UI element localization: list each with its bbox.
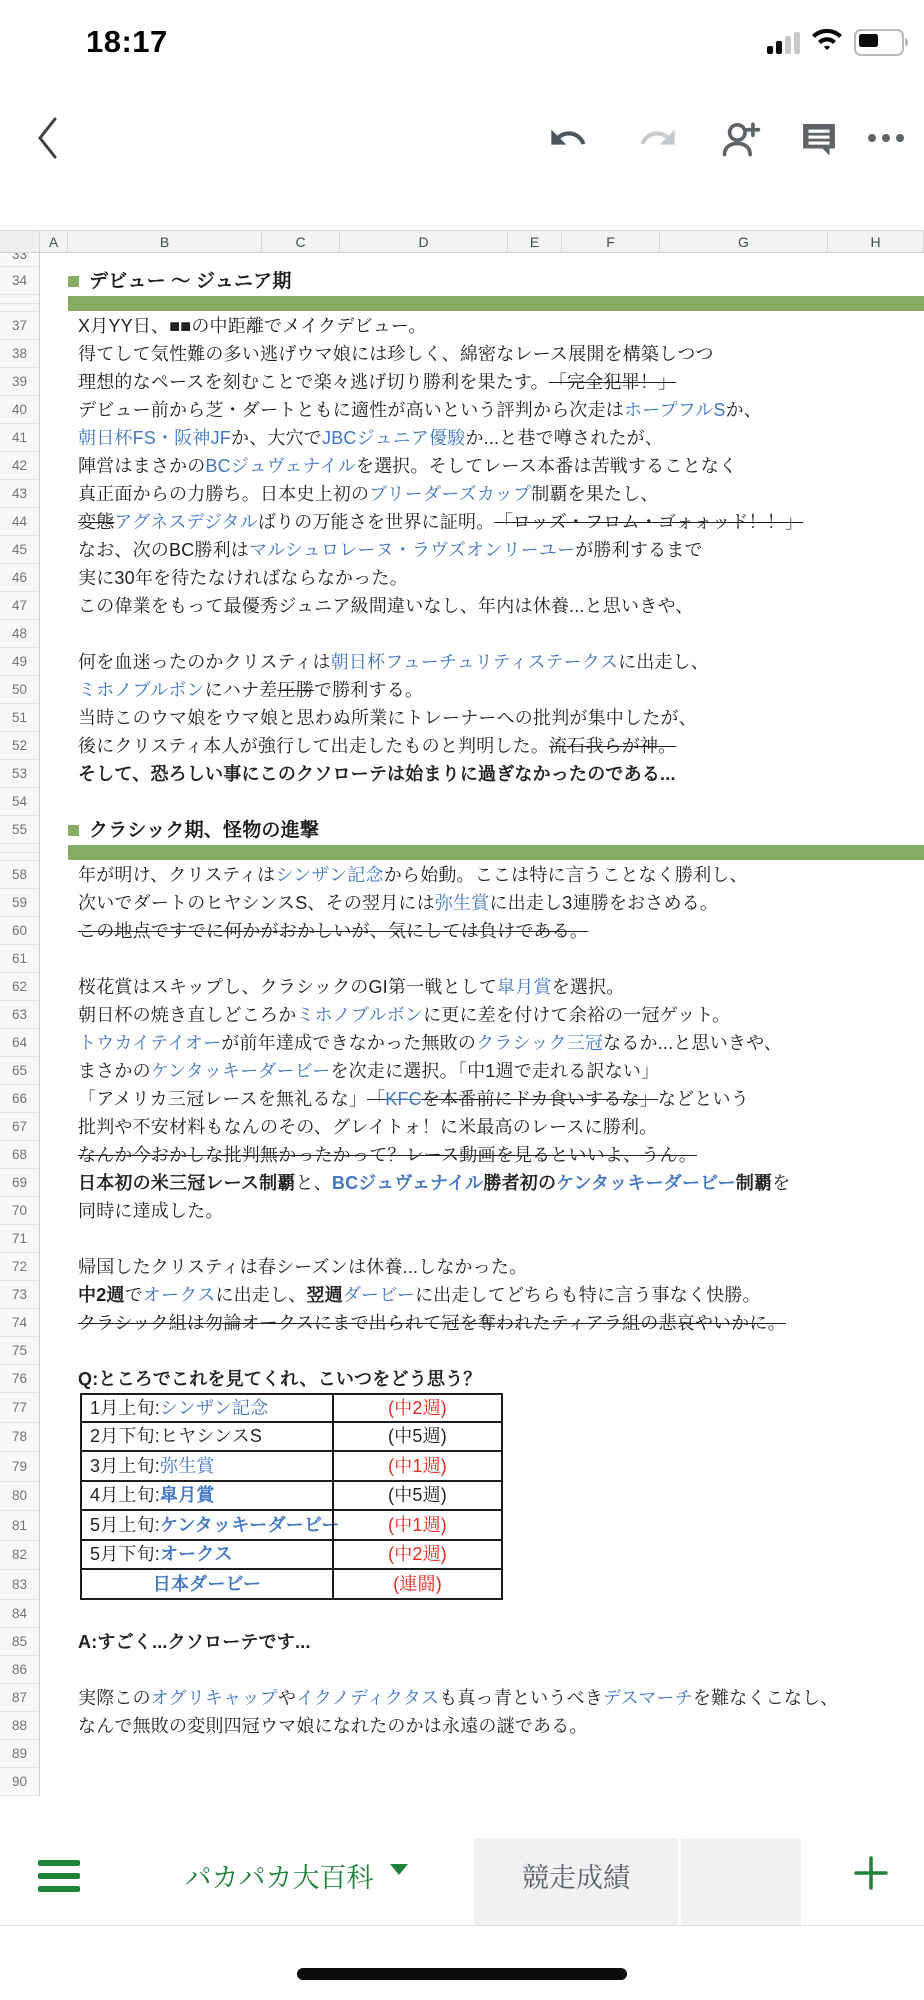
row-number[interactable]: 69 xyxy=(0,1169,40,1197)
cell-text: 得てして気性難の多い逃げウマ娘には珍しく、綿密なレース展開を構築しつつ xyxy=(78,345,714,363)
row-content[interactable]: 実に30年を待たなければならなかった。 xyxy=(40,564,924,592)
table-cell[interactable]: (中1週) xyxy=(332,1452,503,1482)
sheet-row: 771月上旬:シンザン記念(中2週) xyxy=(0,1393,924,1423)
cell-text: 1月上旬: xyxy=(90,1399,160,1417)
link-text[interactable]: イクノディクタス xyxy=(296,1689,439,1707)
link-text[interactable]: クラシック三冠 xyxy=(476,1034,603,1052)
column-header[interactable]: F xyxy=(562,231,660,252)
row-content[interactable]: X月YY日、■■の中距離でメイクデビュー。 xyxy=(40,312,924,340)
sheet-row: 71 xyxy=(0,1225,924,1253)
sheet-row: 33 xyxy=(0,253,924,267)
cell-text: 5月上旬: xyxy=(90,1516,160,1534)
row-number[interactable]: 79 xyxy=(0,1452,40,1482)
row-content[interactable]: 朝日杯の焼き直しどころかミホノブルボンに更に差を付けて余裕の一冠ゲット。 xyxy=(40,1001,924,1029)
cell-text: クラシック組は勿論オークスにまで出られて冠を奪われたティアラ組の悲哀やいかに。 xyxy=(78,1314,786,1332)
cell-text: 後にクリスティ本人が強行して出走したものと判明した。 xyxy=(78,737,549,755)
row-number[interactable]: 90 xyxy=(0,1768,40,1796)
row-content[interactable]: Q:ところでこれを見てくれ、こいつをどう思う？ xyxy=(40,1365,924,1393)
table-cell[interactable]: (中2週) xyxy=(332,1393,503,1423)
row-content[interactable] xyxy=(40,1768,924,1796)
cell-text: 当時このウマ娘をウマ娘と思わぬ所業にトレーナーへの批判が集中したが、 xyxy=(78,709,697,727)
column-header[interactable]: A xyxy=(40,231,68,252)
row-number[interactable]: 38 xyxy=(0,340,40,368)
row-content[interactable]: 真正面からの力勝ち。日本史上初のブリーダーズカップ制覇を果たし、 xyxy=(40,480,924,508)
sheet-row xyxy=(0,844,924,861)
sheet-row: 42陣営はまさかのBCジュヴェナイルを選択。そしてレース本番は苦戦することなく xyxy=(0,452,924,480)
sheet-row: 64トウカイテイオーが前年達成できなかった無敗のクラシック三冠なるか...と思い… xyxy=(0,1029,924,1057)
row-number[interactable]: 34 xyxy=(0,267,40,295)
cell-text: (中5週) xyxy=(388,1427,447,1445)
cell-text: 理想的なペースを刻むことで楽々逃げ切り勝利を果たす。 xyxy=(78,373,549,391)
link-text[interactable]: 朝日杯FS・阪神JF xyxy=(78,429,231,447)
back-chevron-icon[interactable] xyxy=(34,115,60,161)
row-number[interactable]: 66 xyxy=(0,1085,40,1113)
cell-text: 「 xyxy=(367,1090,385,1108)
sheet-row: 84 xyxy=(0,1600,924,1628)
link-text[interactable]: ケンタッキーダービー xyxy=(160,1516,340,1534)
link-text[interactable]: 弥生賞 xyxy=(160,1457,215,1475)
row-number[interactable]: 73 xyxy=(0,1281,40,1309)
cell-text: を次走に選択。「中1週で走れる訳ない」 xyxy=(330,1062,659,1080)
link-text[interactable]: ダービー xyxy=(343,1286,415,1304)
sheet-tab-label: パカパカ大百科 xyxy=(185,1856,374,1895)
link-text[interactable]: オグリキャップ xyxy=(151,1689,278,1707)
sheet-tab-inactive[interactable]: 競走成績 xyxy=(474,1838,678,1925)
sheet-row: 89 xyxy=(0,1740,924,1768)
row-content[interactable]: なんで無敗の変則四冠ウマ娘になれたのかは永遠の謎である。 xyxy=(40,1712,924,1740)
link-text[interactable]: ケンタッキーダービー xyxy=(556,1174,736,1192)
cell-text: に出走し、 xyxy=(215,1286,306,1304)
row-content[interactable]: 中2週でオークスに出走し、翌週ダービーに出走してどちらも特に言う事なく快勝。 xyxy=(40,1281,924,1309)
cell-text: (連闘) xyxy=(393,1575,442,1593)
row-content[interactable]: 次いでダートのヒヤシンスS、その翌月には弥生賞に出走し3連勝をおさめる。 xyxy=(40,889,924,917)
table-cell[interactable]: (中5週) xyxy=(332,1482,503,1512)
row-content[interactable]: この地点ですでに何かがおかしいが、気にしては負けである。 xyxy=(40,917,924,945)
cell-text: か、 xyxy=(726,401,762,419)
column-header[interactable]: D xyxy=(340,231,508,252)
link-text[interactable]: 日本ダービー xyxy=(153,1575,261,1593)
select-all-corner[interactable] xyxy=(0,231,40,252)
link-text[interactable]: オークス xyxy=(143,1286,216,1304)
cell-text: A:すごく...クソローテです... xyxy=(78,1633,311,1651)
row-content[interactable]: 日本ダービー(連闘) xyxy=(40,1570,924,1600)
row-number[interactable]: 47 xyxy=(0,592,40,620)
table-cell[interactable]: 1月上旬:シンザン記念 xyxy=(80,1393,332,1423)
cell-text: 翌週 xyxy=(306,1286,342,1304)
row-content[interactable]: 5月上旬:ケンタッキーダービー(中1週) xyxy=(40,1511,924,1541)
row-number[interactable]: 48 xyxy=(0,620,40,648)
cell-text: そして、恐ろしい事にこのクソローテは始まりに過ぎなかったのである... xyxy=(78,765,676,783)
sheet-row: 75 xyxy=(0,1337,924,1365)
table-cell[interactable]: 5月上旬:ケンタッキーダービー xyxy=(80,1511,332,1541)
row-number[interactable] xyxy=(0,295,40,312)
sheet-row: 69日本初の米三冠レース制覇と、BCジュヴェナイル勝者初のケンタッキーダービー制… xyxy=(0,1169,924,1197)
link-text[interactable]: ケンタッキーダービー xyxy=(151,1062,331,1080)
row-number[interactable]: 87 xyxy=(0,1684,40,1712)
row-number[interactable]: 33 xyxy=(0,253,40,267)
row-number[interactable]: 65 xyxy=(0,1057,40,1085)
section-divider-bar xyxy=(68,845,924,860)
cell-text: と、 xyxy=(296,1174,332,1192)
row-number[interactable]: 39 xyxy=(0,368,40,396)
row-content[interactable] xyxy=(40,788,924,816)
row-number[interactable] xyxy=(0,844,40,861)
sheet-row: 68なんか今おかしな批判無かったかって？レース動画を見るといいよ、うん。 xyxy=(0,1141,924,1169)
cell-text: 流石我らが神。 xyxy=(549,737,676,755)
cell-text: で xyxy=(125,1286,143,1304)
cell-text: 陣営はまさかの xyxy=(78,457,205,475)
row-number[interactable]: 42 xyxy=(0,452,40,480)
row-content[interactable]: 日本初の米三冠レース制覇と、BCジュヴェナイル勝者初のケンタッキーダービー制覇を xyxy=(40,1169,924,1197)
row-number[interactable]: 49 xyxy=(0,648,40,676)
link-text[interactable]: デスマーチ xyxy=(603,1689,693,1707)
sheet-row: 61 xyxy=(0,945,924,973)
table-cell[interactable]: (中1週) xyxy=(332,1511,503,1541)
link-text[interactable]: マルシュロレーヌ・ラヴズオンリーユー xyxy=(249,541,575,559)
row-content[interactable]: 2月下旬:ヒヤシンスS(中5週) xyxy=(40,1423,924,1453)
cell-text: なるか...と思いきや、 xyxy=(603,1034,782,1052)
cell-text: 3月上旬: xyxy=(90,1457,160,1475)
comment-icon[interactable] xyxy=(798,117,840,159)
redo-icon[interactable] xyxy=(638,118,678,158)
row-content[interactable]: クラシック期、怪物の進撃 xyxy=(40,816,924,844)
sheet-row: 52後にクリスティ本人が強行して出走したものと判明した。流石我らが神。 xyxy=(0,732,924,760)
sheet-row: 74クラシック組は勿論オークスにまで出られて冠を奪われたティアラ組の悲哀やいかに… xyxy=(0,1309,924,1337)
row-content[interactable]: 桜花賞はスキップし、クラシックのGI第一戦として皐月賞を選択。 xyxy=(40,973,924,1001)
sheet-row: 60この地点ですでに何かがおかしいが、気にしては負けである。 xyxy=(0,917,924,945)
cell-text: が前年達成できなかった無敗の xyxy=(221,1034,476,1052)
row-content[interactable] xyxy=(40,1337,924,1365)
cell-text: 4月上旬: xyxy=(90,1486,160,1504)
row-number[interactable]: 50 xyxy=(0,676,40,704)
row-content[interactable] xyxy=(40,295,924,312)
section-title: デビュー ～ ジュニア期 xyxy=(89,272,292,291)
row-content[interactable] xyxy=(40,1740,924,1768)
cell-text: 圧勝 xyxy=(278,681,314,699)
row-number[interactable]: 71 xyxy=(0,1225,40,1253)
table-cell[interactable]: 2月下旬:ヒヤシンスS xyxy=(80,1423,332,1453)
cell-text: まさかの xyxy=(78,1062,151,1080)
sheet-row: 47この偉業をもって最優秀ジュニア級間違いなし、年内は休養...と思いきや、 xyxy=(0,592,924,620)
sheet-tab-label: 競走成績 xyxy=(522,1856,630,1895)
sheet-row: 53そして、恐ろしい事にこのクソローテは始まりに過ぎなかったのである... xyxy=(0,760,924,788)
link-text[interactable]: 皐月賞 xyxy=(497,978,552,996)
cell-text: 中2週 xyxy=(78,1286,125,1304)
row-content[interactable]: 朝日杯FS・阪神JFか、大穴でJBCジュニア優駿か...と巷で噂されたが、 xyxy=(40,424,924,452)
row-content[interactable]: A:すごく...クソローテです... xyxy=(40,1628,924,1656)
cell-text: 朝日杯の焼き直しどころか xyxy=(78,1006,296,1024)
undo-icon[interactable] xyxy=(548,118,588,158)
section-bullet-square xyxy=(68,825,79,836)
row-number[interactable]: 89 xyxy=(0,1740,40,1768)
sheet-row: 63朝日杯の焼き直しどころかミホノブルボンに更に差を付けて余裕の一冠ゲット。 xyxy=(0,1001,924,1029)
battery-icon xyxy=(854,29,904,56)
cell-text: 年が明け、クリスティは xyxy=(78,866,275,884)
row-number[interactable]: 67 xyxy=(0,1113,40,1141)
home-indicator xyxy=(297,1968,627,1980)
cell-text: を選択。そしてレース本番は苦戦することなく xyxy=(356,457,737,475)
row-content[interactable]: この偉業をもって最優秀ジュニア級間違いなし、年内は休養...と思いきや、 xyxy=(40,592,924,620)
row-content[interactable]: 何を血迷ったのかクリスティは朝日杯フューチュリティステークスに出走し、 xyxy=(40,648,924,676)
sheet-row: 72帰国したクリスティは春シーズンは休養...しなかった。 xyxy=(0,1253,924,1281)
cell-text: などという xyxy=(658,1090,749,1108)
cell-text: にハナ差 xyxy=(205,681,278,699)
row-number[interactable]: 75 xyxy=(0,1337,40,1365)
row-number[interactable]: 74 xyxy=(0,1309,40,1337)
row-content[interactable] xyxy=(40,945,924,973)
row-content[interactable]: そして、恐ろしい事にこのクソローテは始まりに過ぎなかったのである... xyxy=(40,760,924,788)
row-number[interactable]: 55 xyxy=(0,816,40,844)
sheet-row: 73中2週でオークスに出走し、翌週ダービーに出走してどちらも特に言う事なく快勝。 xyxy=(0,1281,924,1309)
sheet-row: 88なんで無敗の変則四冠ウマ娘になれたのかは永遠の謎である。 xyxy=(0,1712,924,1740)
chevron-down-icon xyxy=(390,1864,408,1875)
row-content[interactable] xyxy=(40,844,924,861)
link-text[interactable]: 皐月賞 xyxy=(160,1486,215,1504)
row-number[interactable]: 41 xyxy=(0,424,40,452)
sheet-tab-blank[interactable] xyxy=(681,1838,801,1925)
sheet-row: 87実際このオグリキャップやイクノディクタスも真っ青というべきデスマーチを難なく… xyxy=(0,1684,924,1712)
row-content[interactable] xyxy=(40,620,924,648)
cell-text: なんか今おかしな批判無かったかって？レース動画を見るといいよ、うん。 xyxy=(78,1146,697,1164)
row-number[interactable]: 62 xyxy=(0,973,40,1001)
tab-spacer xyxy=(801,1838,818,1925)
table-cell[interactable]: 5月下旬:オークス xyxy=(80,1541,332,1571)
row-number[interactable]: 76 xyxy=(0,1365,40,1393)
row-number[interactable]: 72 xyxy=(0,1253,40,1281)
sheet-row: 782月下旬:ヒヤシンスS(中5週) xyxy=(0,1423,924,1453)
row-number[interactable]: 63 xyxy=(0,1001,40,1029)
link-text[interactable]: JBCジュニア優駿 xyxy=(322,429,465,447)
link-text[interactable]: KFC xyxy=(385,1090,422,1108)
link-text[interactable]: ホープフルS xyxy=(624,401,726,419)
sheet-row: 90 xyxy=(0,1768,924,1796)
table-cell[interactable]: 日本ダービー xyxy=(80,1570,332,1600)
row-number[interactable]: 82 xyxy=(0,1541,40,1571)
wifi-icon xyxy=(812,28,842,57)
cell-text: 実際この xyxy=(78,1689,151,1707)
sheet-row: 55クラシック期、怪物の進撃 xyxy=(0,816,924,844)
link-text[interactable]: 弥生賞 xyxy=(435,894,490,912)
row-number[interactable]: 60 xyxy=(0,917,40,945)
cell-text: に出走し、 xyxy=(618,653,709,671)
link-text[interactable]: ミホノブルボン xyxy=(296,1006,423,1024)
cell-text: 帰国したクリスティは春シーズンは休養...しなかった。 xyxy=(78,1258,527,1276)
add-sheet-button[interactable] xyxy=(818,1838,924,1925)
row-number[interactable]: 44 xyxy=(0,508,40,536)
section-title: クラシック期、怪物の進撃 xyxy=(89,821,319,840)
row-content[interactable]: 「アメリカ三冠レースを無礼るな」「KFCを本番前にドカ食いするな」などという xyxy=(40,1085,924,1113)
row-number[interactable]: 83 xyxy=(0,1570,40,1600)
link-text[interactable]: トウカイテイオー xyxy=(78,1034,221,1052)
row-number[interactable]: 77 xyxy=(0,1393,40,1423)
row-content[interactable]: 4月上旬:皐月賞(中5週) xyxy=(40,1482,924,1512)
row-number[interactable]: 68 xyxy=(0,1141,40,1169)
sheet-row: 58年が明け、クリスティはシンザン記念から始動。ここは特に言うことなく勝利し、 xyxy=(0,861,924,889)
cell-text: を xyxy=(772,1174,790,1192)
row-content[interactable]: 5月下旬:オークス(中2週) xyxy=(40,1541,924,1571)
sheet-row: 49何を血迷ったのかクリスティは朝日杯フューチュリティステークスに出走し、 xyxy=(0,648,924,676)
cell-text: 日本初の米三冠レース制覇 xyxy=(78,1174,296,1192)
cell-text: か、大穴で xyxy=(231,429,322,447)
cell-text: なんで無敗の変則四冠ウマ娘になれたのかは永遠の謎である。 xyxy=(78,1717,588,1735)
cell-text: が勝利するまで xyxy=(575,541,702,559)
sheet-row: 45なお、次のBC勝利はマルシュロレーヌ・ラヴズオンリーユーが勝利するまで xyxy=(0,536,924,564)
row-number[interactable]: 46 xyxy=(0,564,40,592)
row-content[interactable] xyxy=(40,253,924,267)
sheet-row: 50ミホノブルボンにハナ差圧勝で勝利する。 xyxy=(0,676,924,704)
cell-text: この偉業をもって最優秀ジュニア級間違いなし、年内は休養...と思いきや、 xyxy=(78,597,693,615)
table-cell[interactable]: (中5週) xyxy=(332,1423,503,1453)
sheet-row: 54 xyxy=(0,788,924,816)
row-content[interactable]: 年が明け、クリスティはシンザン記念から始動。ここは特に言うことなく勝利し、 xyxy=(40,861,924,889)
link-text[interactable]: ブリーダーズカップ xyxy=(369,485,531,503)
sheet-row: 40デビュー前から芝・ダートともに適性が高いという評判から次走はホープフルSか、 xyxy=(0,396,924,424)
row-content[interactable]: デビュー ～ ジュニア期 xyxy=(40,267,924,295)
cell-text: 勝者初の xyxy=(483,1174,556,1192)
sheet-row: 85A:すごく...クソローテです... xyxy=(0,1628,924,1656)
row-content[interactable]: トウカイテイオーが前年達成できなかった無敗のクラシック三冠なるか...と思いきや… xyxy=(40,1029,924,1057)
row-content[interactable]: 得てして気性難の多い逃げウマ娘には珍しく、綿密なレース展開を構築しつつ xyxy=(40,340,924,368)
row-number[interactable]: 59 xyxy=(0,889,40,917)
table-cell[interactable]: (連闘) xyxy=(332,1570,503,1600)
column-header[interactable]: H xyxy=(828,231,924,252)
link-text[interactable]: オークス xyxy=(160,1545,233,1563)
row-number[interactable]: 52 xyxy=(0,732,40,760)
link-text[interactable]: 朝日杯フューチュリティステークス xyxy=(331,653,618,671)
row-content[interactable] xyxy=(40,1600,924,1628)
row-number[interactable]: 37 xyxy=(0,312,40,340)
column-header[interactable]: E xyxy=(508,231,562,252)
cell-text: を選択。 xyxy=(552,978,625,996)
sheet-row xyxy=(0,295,924,312)
cell-text: に出走し3連勝をおさめる。 xyxy=(489,894,718,912)
section-divider-bar xyxy=(68,296,924,311)
row-number[interactable]: 88 xyxy=(0,1712,40,1740)
status-time: 18:17 xyxy=(86,24,168,60)
row-content[interactable]: まさかのケンタッキーダービーを次走に選択。「中1週で走れる訳ない」 xyxy=(40,1057,924,1085)
table-cell[interactable]: (中2週) xyxy=(332,1541,503,1571)
sheet-row: 43真正面からの力勝ち。日本史上初のブリーダーズカップ制覇を果たし、 xyxy=(0,480,924,508)
cell-text: (中1週) xyxy=(388,1516,447,1534)
row-number[interactable]: 85 xyxy=(0,1628,40,1656)
sheet-row: 86 xyxy=(0,1656,924,1684)
row-content[interactable]: ミホノブルボンにハナ差圧勝で勝利する。 xyxy=(40,676,924,704)
row-content[interactable]: 当時このウマ娘をウマ娘と思わぬ所業にトレーナーへの批判が集中したが、 xyxy=(40,704,924,732)
link-text[interactable]: シンザン記念 xyxy=(275,866,383,884)
row-number[interactable]: 78 xyxy=(0,1423,40,1453)
table-cell[interactable]: 3月上旬:弥生賞 xyxy=(80,1452,332,1482)
sheet-row: 44変態アグネスデジタルばりの万能さを世界に証明。「ロッズ・フロム・ゴォォッド！… xyxy=(0,508,924,536)
row-content[interactable]: デビュー前から芝・ダートともに適性が高いという評判から次走はホープフルSか、 xyxy=(40,396,924,424)
cell-text: 制覇を果たし、 xyxy=(531,485,658,503)
row-content[interactable]: クラシック組は勿論オークスにまで出られて冠を奪われたティアラ組の悲哀やいかに。 xyxy=(40,1309,924,1337)
sheet-row: 815月上旬:ケンタッキーダービー(中1週) xyxy=(0,1511,924,1541)
row-number[interactable]: 86 xyxy=(0,1656,40,1684)
row-content[interactable]: 陣営はまさかのBCジュヴェナイルを選択。そしてレース本番は苦戦することなく xyxy=(40,452,924,480)
row-number[interactable]: 64 xyxy=(0,1029,40,1057)
row-number[interactable]: 81 xyxy=(0,1511,40,1541)
cell-text: 実に30年を待たなければならなかった。 xyxy=(78,569,408,587)
row-content[interactable] xyxy=(40,1225,924,1253)
row-content[interactable] xyxy=(40,1656,924,1684)
row-content[interactable]: なお、次のBC勝利はマルシュロレーヌ・ラヴズオンリーユーが勝利するまで xyxy=(40,536,924,564)
sheet-row: 38得てして気性難の多い逃げウマ娘には珍しく、綿密なレース展開を構築しつつ xyxy=(0,340,924,368)
grid-rows: 3334デビュー ～ ジュニア期37X月YY日、■■の中距離でメイクデビュー。3… xyxy=(0,253,924,1796)
row-number[interactable]: 40 xyxy=(0,396,40,424)
sheet-row: 39理想的なペースを刻むことで楽々逃げ切り勝利を果たす。「完全犯罪！」 xyxy=(0,368,924,396)
table-cell[interactable]: 4月上旬:皐月賞 xyxy=(80,1482,332,1512)
cell-text: X月YY日、■■の中距離でメイクデビュー。 xyxy=(78,317,427,335)
cell-text: に更に差を付けて余裕の一冠ゲット。 xyxy=(423,1006,730,1024)
cell-text: デビュー前から芝・ダートともに適性が高いという評判から次走は xyxy=(78,401,624,419)
row-content[interactable]: なんか今おかしな批判無かったかって？レース動画を見るといいよ、うん。 xyxy=(40,1141,924,1169)
link-text[interactable]: ミホノブルボン xyxy=(78,681,205,699)
row-number[interactable]: 43 xyxy=(0,480,40,508)
link-text[interactable]: アグネスデジタル xyxy=(114,513,257,531)
sheet-row: 51当時このウマ娘をウマ娘と思わぬ所業にトレーナーへの批判が集中したが、 xyxy=(0,704,924,732)
cell-text: なお、次のBC勝利は xyxy=(78,541,249,559)
cell-text: 何を血迷ったのかクリスティは xyxy=(78,653,331,671)
row-content[interactable]: 3月上旬:弥生賞(中1週) xyxy=(40,1452,924,1482)
row-number[interactable]: 70 xyxy=(0,1197,40,1225)
column-header[interactable]: C xyxy=(262,231,340,252)
cell-text: この地点ですでに何かがおかしいが、気にしては負けである。 xyxy=(78,922,588,940)
row-content[interactable]: 理想的なペースを刻むことで楽々逃げ切り勝利を果たす。「完全犯罪！」 xyxy=(40,368,924,396)
cell-text: 「アメリカ三冠レースを無礼るな」 xyxy=(78,1090,367,1108)
spreadsheet-grid: ABCDEFGH 3334デビュー ～ ジュニア期37X月YY日、■■の中距離で… xyxy=(0,230,924,1796)
cell-text: Q:ところでこれを見てくれ、こいつをどう思う？ xyxy=(78,1370,482,1388)
app-toolbar xyxy=(0,96,924,180)
row-number[interactable]: 53 xyxy=(0,760,40,788)
link-text[interactable]: BCジュヴェナイル xyxy=(205,457,355,475)
cell-text: 桜花賞はスキップし、クラシックのGI第一戦として xyxy=(78,978,497,996)
cell-text: から始動。ここは特に言うことなく勝利し、 xyxy=(384,866,748,884)
link-text[interactable]: シンザン記念 xyxy=(160,1399,268,1417)
row-content[interactable]: 1月上旬:シンザン記念(中2週) xyxy=(40,1393,924,1423)
sheet-tab-active[interactable]: パカパカ大百科 xyxy=(118,1838,474,1925)
row-number[interactable]: 84 xyxy=(0,1600,40,1628)
cell-text: を難なくこなし、 xyxy=(693,1689,839,1707)
cell-text: も真っ青というべき xyxy=(439,1689,603,1707)
hamburger-menu-icon[interactable] xyxy=(0,1838,118,1925)
row-content[interactable]: 批判や不安材料もなんのその、グレイトォ！に米最高のレースに勝利。 xyxy=(40,1113,924,1141)
column-header[interactable]: G xyxy=(660,231,828,252)
row-content[interactable]: 実際このオグリキャップやイクノディクタスも真っ青というべきデスマーチを難なくこな… xyxy=(40,1684,924,1712)
row-number[interactable]: 80 xyxy=(0,1482,40,1512)
cellular-signal-icon xyxy=(767,32,800,54)
cell-text: 次いでダートのヒヤシンスS、その翌月には xyxy=(78,894,435,912)
sheet-row: 67批判や不安材料もなんのその、グレイトォ！に米最高のレースに勝利。 xyxy=(0,1113,924,1141)
row-number[interactable]: 61 xyxy=(0,945,40,973)
row-content[interactable]: 後にクリスティ本人が強行して出走したものと判明した。流石我らが神。 xyxy=(40,732,924,760)
status-icons xyxy=(767,28,904,57)
row-content[interactable]: 変態アグネスデジタルばりの万能さを世界に証明。「ロッズ・フロム・ゴォォッド！！」 xyxy=(40,508,924,536)
sheet-row: 37X月YY日、■■の中距離でメイクデビュー。 xyxy=(0,312,924,340)
more-icon[interactable] xyxy=(866,132,906,144)
add-person-icon[interactable] xyxy=(718,116,764,160)
row-number[interactable]: 58 xyxy=(0,861,40,889)
row-content[interactable]: 同時に達成した。 xyxy=(40,1197,924,1225)
row-number[interactable]: 45 xyxy=(0,536,40,564)
cell-text: 5月下旬: xyxy=(90,1545,160,1563)
sheet-row: 65まさかのケンタッキーダービーを次走に選択。「中1週で走れる訳ない」 xyxy=(0,1057,924,1085)
row-number[interactable]: 51 xyxy=(0,704,40,732)
cell-text: (中2週) xyxy=(388,1545,447,1563)
row-number[interactable]: 54 xyxy=(0,788,40,816)
link-text[interactable]: BCジュヴェナイル xyxy=(332,1174,483,1192)
column-header[interactable]: B xyxy=(68,231,262,252)
row-content[interactable]: 帰国したクリスティは春シーズンは休養...しなかった。 xyxy=(40,1253,924,1281)
